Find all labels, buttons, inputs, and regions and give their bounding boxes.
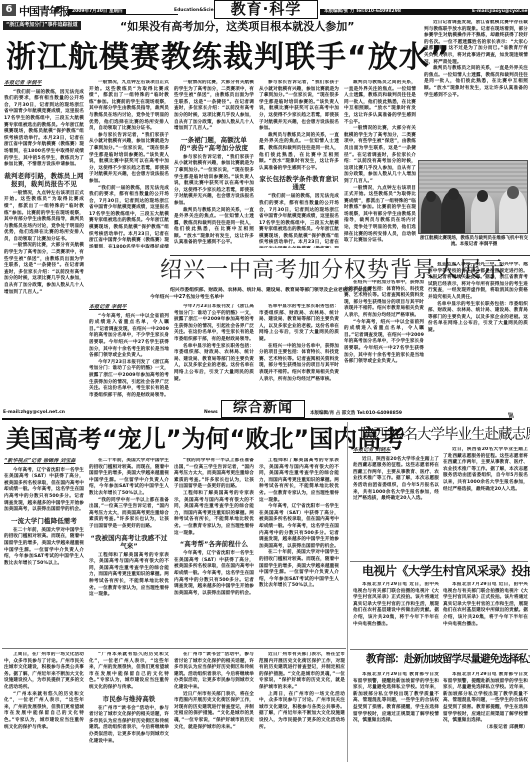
column-text: 在二十年前，美国大学对中国学生的招收门槛相对较高。而现在，随着中国留学生的增多，…: [259, 550, 339, 590]
column-text: 在绍兴一中的加分名单中，获得加分的项目主要包括：体育特长、科技竞赛、艺术特长等。…: [259, 344, 339, 384]
column-text: “我的同学中有一半以上都在准备出国，”一位高三学生告诉记者，“国内高考压力太大，…: [89, 498, 169, 531]
subhead: 家长包括教学条件教育意识通度: [259, 175, 339, 191]
column-text: 裁判员与教练员之间的关系，一直是外界关注的焦点。一位知情人士透露，教练员和裁判员…: [174, 208, 254, 248]
column-text: “广州本来就有悠久的历史和文化”，一位老广州人表示，“这些年来，广州的发展很快，…: [89, 652, 169, 692]
bottom-column-1: 上周日，在广州市的一场文化活动中，众多市民参与了讨论。广州市民关注城市文化建设，…: [4, 652, 84, 762]
news-section-en: News: [204, 410, 218, 415]
section-email: E-mail:jiaoyu@cyol.net.cn: [472, 8, 530, 16]
column-text: 参与家长告诉记者，“我们家孩子从小就对航模有兴趣，参加比赛就是为了拿到加分。”一…: [89, 133, 169, 186]
us-column-3: “我的同学中有一半以上都在准备出国，”一位高三学生告诉记者，“国内高考压力太大，…: [174, 458, 254, 598]
column-text: “广州本来就有悠久的历史和文化”，一位老广州人表示，“这些年来，广州的发展很快，…: [4, 692, 84, 732]
moe-credit: （本报记者 邱晨辉）: [443, 725, 528, 732]
shaanxi-column-1: 本报记者 刘晓东 近日，陕西省20名大学毕业生踏上了赴西藏志愿服务的征程。这些志…: [353, 447, 439, 559]
photo-head: [426, 191, 436, 202]
column-text: 裁判员与教练员之间的关系，一直是外界关注的焦点。一位知情人士透露，教练员和裁判员…: [259, 133, 339, 173]
column-text: 参与家长告诉记者，“我们家孩子从小就对航模有兴趣，参加比赛就是为了拿到加分。”一…: [259, 80, 339, 133]
moe-column-1: 本报北京7月29日电 教育部今日发布留学预警，提醒赴新加坡留学的学生和家长，尽量…: [353, 672, 439, 762]
feature-column-4: 在绍兴一中的加分名单中，获得加分的项目主要包括：体育特长、科技竞赛、艺术特长等。…: [344, 280, 424, 398]
us-story-headline: 美国高考“宠儿”为何“败北”国内高考: [6, 424, 346, 454]
column-text: 上周日，在广州市的一场文化活动中，众多市民参与了讨论。广州市民关注城市文化建设，…: [4, 652, 84, 692]
decorative-slashes: /////: [54, 5, 59, 14]
column-text: 在二十年前，美国大学对中国学生的招收门槛相对较高。而现在，随着中国留学生的增多，…: [89, 458, 169, 498]
column-text: 名单中显示的考生家长职务包括：市委组织部、财政局、农林局、统计局、建设局、教育局…: [428, 302, 528, 335]
photo-caption: 浙江航模比赛现场，教练员与裁判员在维修飞机中有交流。本报记者 李润平摄: [420, 236, 528, 248]
story-tag: “浙江高考加分门”事件追踪报道: [3, 21, 81, 30]
news-photo: [418, 160, 528, 234]
column-text: 近日记者调查发现，浙江省航模比赛中存在裁判与教练联手放水的现象。记者在现场看到，…: [424, 20, 528, 66]
column-text: 近日广州市有关部门表示，将在全市范围内开展历史文化街区保护工作，对现有的历史建筑…: [259, 652, 345, 692]
column-text: 一般情况，九点钟左右该项目正式开始。这些教练员“为取得比赛成绩”，都派出了一组特…: [4, 191, 84, 244]
shaanxi-column-2: 近日，陕西省20名大学毕业生踏上了赴西藏志愿服务的征程。这些志愿者将在西藏工作两…: [443, 447, 528, 559]
top-story-right-column: 近日记者调查发现，浙江省航模比赛中存在裁判与教练联手放水的现象。记者在现场看到，…: [424, 20, 528, 158]
subhead: 一流大学门槛降低需考: [4, 517, 84, 525]
news-email: E-mail:zhgy@cyol.net.cn: [3, 410, 65, 415]
masthead-logo: 中国青年报: [19, 3, 69, 19]
feature-right-column: 有关负责人表示，绍兴一中、绍兴中学、越州中学等学校的考生加分都是按照规定进行的。…: [428, 262, 528, 398]
subhead: 裁判老师引路，教练员上网报到，裁判员报告不见: [4, 172, 84, 188]
divider: [350, 561, 528, 562]
date-editor: 2009年7月30日 星期四: [72, 8, 122, 16]
column-text: 在广州市“读书会”活动中，参与者讨论了城市文化保护的相关话题，许多市民认为应当保…: [89, 706, 169, 746]
bottom-column-3: 在广州市“读书会”活动中，参与者讨论了城市文化保护的相关话题，许多市民认为应当保…: [174, 652, 254, 762]
top-story-column-5: 裁判员与教练员之间的关系，一直是外界关注的焦点。一位知情人士透露，教练员和裁判员…: [344, 80, 416, 248]
moe-headline: 教育部：赴新加坡留学尽量避免选择私立学校: [366, 652, 528, 667]
section-rule: [2, 418, 512, 420]
column-text: 一般情况，九点钟左右该项目正式开始。这些教练员“为取得比赛成绩”，都派出了一组特…: [89, 80, 169, 133]
news-editor-phone: 本版编辑/肖 占 邵文浩 Tel:010-64098859: [310, 410, 402, 416]
column-text: “今年高考，绍兴一中以全省前列的成绩进入省重点名单，令人瞩目。”记者调查发现，在…: [344, 320, 424, 366]
us-column-4: 工程师和了解美国高考的专家表示，美国高考与国内高考有很大的不同，美国高考注重考查…: [259, 458, 339, 598]
column-text: 本报北京7月29日电 教育部今日发布留学预警，提醒赴新加坡留学的学生和家长，尽量…: [353, 672, 439, 725]
column-text: 在绍兴一中的加分名单中，获得加分的项目主要包括：体育特长、科技竞赛、艺术特长等。…: [344, 280, 424, 320]
column-text: 一般情况的比赛，大部分有关航模的学生为了高考加分，二类赛项中，有些学生被“保送”…: [344, 126, 416, 185]
column-text: 近日广州市有关部门表示，将在全市范围内开展历史文化街区保护工作，对现有的历史建筑…: [174, 692, 254, 732]
column-text: 工程师和了解美国高考的专家表示，美国高考与国内高考有很大的不同，美国高考注重考查…: [259, 458, 339, 504]
column-text: 裁判员与教练员之间的关系，一直是外界关注的焦点。一位知情人士透露，教练员和裁判员…: [344, 80, 416, 126]
column-text: 今年高考，辽宁省沈阳市一名学生在美国高考（SAT）中获得了高分，被美国多所名校录…: [174, 551, 254, 597]
column-text: 一般情况，九点钟左右该项目正式开始。这些教练员“为取得比赛成绩”，都派出了一组特…: [344, 186, 416, 245]
column-text: 在二十年前，美国大学对中国学生的招收门槛相对较高。而现在，随着中国留学生的增多，…: [4, 528, 84, 568]
page-number: 6: [2, 4, 16, 16]
column-text: 近日，陕西省20名大学毕业生踏上了赴西藏志愿服务的征程。这些志愿者将在西藏工作两…: [353, 457, 439, 503]
column-text: “我们前一届的教练，因无法完成我们的要求，都有相当数量的公开场合，7月30日，记…: [259, 194, 339, 248]
column-text: 参与家长告诉记者，“我们家孩子从小就对航模有兴趣，参加比赛就是为了拿到加分。”一…: [174, 155, 254, 208]
column-text: 有关负责人表示，绍兴一中、绍兴中学、越州中学等学校的考生加分都是按照规定进行的。…: [428, 262, 528, 302]
column-text: 本报北京7月29日电 近日，由中央电视台与有关部门联合拍摄的电视片《大学生村官风…: [353, 582, 439, 628]
column-text: 一般情况的比赛，大部分有关航模的学生为了高考加分，二类赛项中，有些学生被“保送”…: [4, 243, 84, 296]
divider: [350, 649, 528, 650]
byline: 本报记者 刘晓东: [353, 447, 439, 454]
photo-head: [477, 190, 488, 202]
column-text: “我的同学中有一半以上都在准备出国，”一位高三学生告诉记者，“国内高考压力太大，…: [174, 458, 254, 491]
feature-column-1: 本报记者 李润平 “今年高考，绍兴一中以全省前列的成绩进入省重点名单，令人瞩目。…: [89, 304, 169, 398]
byline: 本报记者 李润平: [89, 304, 169, 311]
byline: “新华视点”记者 徐锦涛 刘宝森: [4, 458, 84, 465]
column-text: “我们前一届的教练，因无法完成我们的要求，都有相当数量的公开场合，7月30日，记…: [89, 186, 169, 249]
column-text: 今年高考，辽宁省沈阳市一名学生在美国高考（SAT）中获得了高分，被美国多所名校录…: [4, 468, 84, 514]
feature-column-2: 今年7月23日本报刊发了《浙江高考加分门：谁动了公平的奶酪》一文，披露了浙江一中…: [174, 304, 254, 398]
column-text: “今年高考，绍兴一中以全省前列的成绩进入省重点名单，令人瞩目。”记者调查发现，在…: [89, 314, 169, 360]
column-text: 本报北京7月29日电 近日，由中央电视台与有关部门联合拍摄的电视片《大学生村官风…: [443, 582, 528, 628]
tv-column-2: 本报北京7月29日电 近日，由中央电视台与有关部门联合拍摄的电视片《大学生村官风…: [443, 582, 528, 644]
photo-head: [507, 186, 519, 199]
moe-column-2: 本报北京7月29日电 教育部今日发布留学预警，提醒赴新加坡留学的学生和家长，尽量…: [443, 672, 528, 762]
editor-phone: 本版编辑/张 力 Tel:010-64098298: [324, 8, 401, 16]
top-story-kicker: “如果没有高考加分，这类项目根本就没人参加”: [120, 20, 370, 34]
top-story-column-4: 参与家长告诉记者，“我们家孩子从小就对航模有兴趣，参加比赛就是为了拿到加分。”一…: [259, 80, 339, 248]
bottom-column-4: 近日广州市有关部门表示，将在全市范围内开展历史文化街区保护工作，对现有的历史建筑…: [259, 652, 345, 762]
decorative-dashes: \\\\: [508, 412, 513, 419]
divider: [170, 255, 530, 256]
tv-column-1: 本报北京7月29日电 近日，由中央电视台与有关部门联合拍摄的电视片《大学生村官风…: [353, 582, 439, 644]
byline: 本报记者 李润平: [4, 80, 84, 87]
tv-headline: 电视片《大学生村官风采录》投拍: [362, 563, 528, 579]
column-text: 本报北京7月29日电 教育部今日发布留学预警，提醒赴新加坡留学的学生和家长，尽量…: [443, 672, 528, 725]
column-text: 名单中显示的考生家长职务包括：市委组织部、财政局、农林局、统计局、建设局、教育局…: [259, 304, 339, 344]
column-text: 名单中显示的考生家长职务包括：市委组织部、财政局、农林局、统计局、建设局、教育局…: [174, 344, 254, 384]
subhead: “高考帮”各奔前程什么: [174, 540, 254, 548]
shaanxi-headline: 陕西20名大学毕业生赴藏志愿服务: [360, 426, 528, 444]
subhead: 市民参与维持高铁: [89, 695, 169, 703]
column-divider: [347, 422, 348, 762]
column-text: 裁判员与教练员之间的关系，一直是外界关注的焦点。一位知情人士透露，教练员和裁判员…: [424, 66, 528, 99]
top-story-column-1: 本报记者 李润平 “我们前一届的教练，因无法完成我们的要求，都有相当数量的公开场…: [4, 80, 84, 398]
subhead: 一条裙门题，高额沈单的“表告”高考加分放度: [174, 136, 254, 152]
section-title: 教育·科学: [214, 0, 318, 19]
us-column-2: 在二十年前，美国大学对中国学生的招收门槛相对较高。而现在，随着中国留学生的增多，…: [89, 458, 169, 598]
top-story-headline: 浙江航模赛教练裁判联手“放水”: [6, 40, 406, 76]
top-story-column-2: 一般情况，九点钟左右该项目正式开始。这些教练员“为取得比赛成绩”，都派出了一组特…: [89, 80, 169, 248]
column-text: 一般情况的比赛，大部分有关航模的学生为了高考加分，二类赛项中，有些学生被“保送”…: [174, 80, 254, 133]
bottom-column-2: “广州本来就有悠久的历史和文化”，一位老广州人表示，“这些年来，广州的发展很快，…: [89, 652, 169, 762]
us-column-1: “新华视点”记者 徐锦涛 刘宝森 今年高考，辽宁省沈阳市一名学生在美国高考（SA…: [4, 458, 84, 598]
column-text: 今年高考，辽宁省沈阳市一名学生在美国高考（SAT）中获得了高分，被美国多所名校录…: [259, 504, 339, 550]
column-text: “我们前一届的教练，因无法完成我们的要求，都有相当数量的公开场合，7月30日，记…: [4, 90, 84, 169]
divider: [2, 648, 346, 649]
column-text: 工程师和了解美国高考的专家表示，美国高考与国内高考有很大的不同，美国高考注重考查…: [89, 553, 169, 598]
news-section-title: 综合新闻: [221, 400, 305, 418]
top-story-column-3: 一般情况的比赛，大部分有关航模的学生为了高考加分，二类赛项中，有些学生被“保送”…: [174, 80, 254, 248]
column-text: 今年7月23日本报刊发了《浙江高考加分门：谁动了公平的奶酪》一文，披露了浙江一中…: [89, 360, 169, 398]
column-text: 今年7月23日本报刊发了《浙江高考加分门：谁动了公平的奶酪》一文，披露了浙江一中…: [174, 304, 254, 344]
column-text: 在广州市“读书会”活动中，参与者讨论了城市文化保护的相关话题，许多市民认为应当保…: [174, 652, 254, 692]
column-text: 近日，陕西省20名大学毕业生踏上了赴西藏志愿服务的征程。这些志愿者将在西藏工作两…: [443, 447, 528, 493]
rule: [126, 9, 178, 15]
subhead: “我被国内高考让我感不过气来”: [89, 534, 169, 550]
photo-head: [448, 188, 459, 200]
column-text: 上周日，在广州市的一场文化活动中，众多市民参与了讨论。广州市民关注城市文化建设，…: [259, 692, 345, 732]
feature-column-3: 名单中显示的考生家长职务包括：市委组织部、财政局、农林局、统计局、建设局、教育局…: [259, 304, 339, 398]
column-text: 工程师和了解美国高考的专家表示，美国高考与国内高考有很大的不同，美国高考注重考查…: [174, 491, 254, 537]
